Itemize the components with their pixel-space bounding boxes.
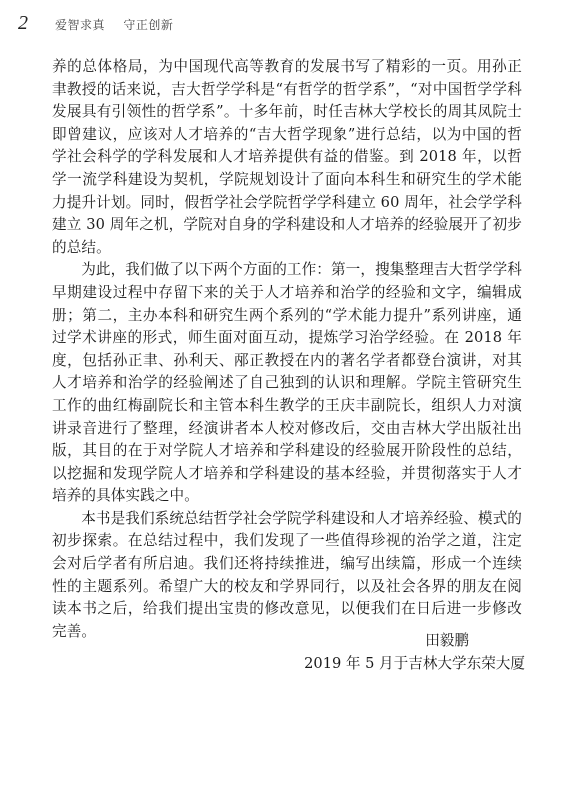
signature-block: 田毅鹏 2019 年 5 月于吉林大学东荣大厦	[304, 630, 525, 675]
running-header: 爱智求真 守正创新	[55, 16, 187, 33]
paragraph: 本书是我们系统总结哲学社会学院学科建设和人才培养经验、模式的初步探索。在总结过程…	[52, 508, 522, 644]
running-title-part-2: 守正创新	[123, 18, 173, 32]
signature-author: 田毅鹏	[304, 630, 525, 653]
signature-date-place: 2019 年 5 月于吉林大学东荣大厦	[304, 653, 525, 676]
paragraph-continued: 养的总体格局，为中国现代高等教育的发展书写了精彩的一页。用孙正聿教授的话来说，吉…	[52, 56, 522, 259]
running-title-part-1: 爱智求真	[55, 18, 105, 32]
page-number: 2	[18, 12, 28, 35]
paragraph: 为此，我们做了以下两个方面的工作：第一，搜集整理吉大哲学学科早期建设过程中存留下…	[52, 259, 522, 508]
body-text: 养的总体格局，为中国现代高等教育的发展书写了精彩的一页。用孙正聿教授的话来说，吉…	[52, 56, 522, 643]
